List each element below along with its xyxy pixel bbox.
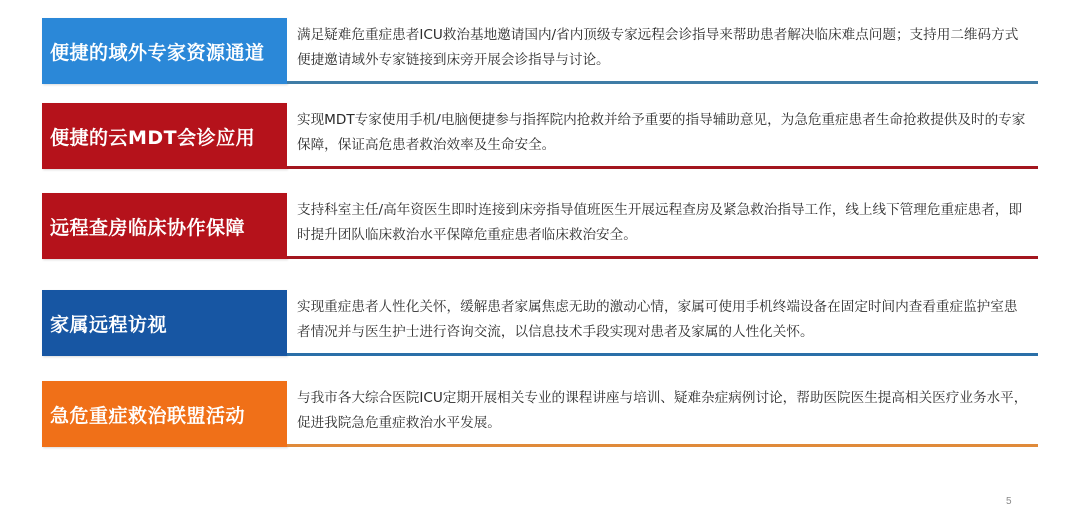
feature-row-remote-expert-channel: 便捷的域外专家资源通道 满足疑难危重症患者ICU救治基地邀请国内/省内顶级专家远… (42, 18, 1038, 84)
feature-title: 便捷的域外专家资源通道 (42, 18, 287, 84)
feature-row-critical-care-alliance: 急危重症救治联盟活动 与我市各大综合医院ICU定期开展相关专业的课程讲座与培训、… (42, 381, 1038, 447)
feature-description: 与我市各大综合医院ICU定期开展相关专业的课程讲座与培训、疑难杂症病例讨论，帮助… (287, 381, 1038, 447)
page-number: 5 (1006, 496, 1012, 507)
feature-title: 急危重症救治联盟活动 (42, 381, 287, 447)
slide: 便捷的域外专家资源通道 满足疑难危重症患者ICU救治基地邀请国内/省内顶级专家远… (0, 0, 1080, 510)
feature-title: 远程查房临床协作保障 (42, 193, 287, 259)
feature-description: 支持科室主任/高年资医生即时连接到床旁指导值班医生开展远程查房及紧急救治指导工作… (287, 193, 1038, 259)
feature-row-family-remote-visit: 家属远程访视 实现重症患者人性化关怀，缓解患者家属焦虑无助的激动心情，家属可使用… (42, 290, 1038, 356)
feature-title: 便捷的云MDT会诊应用 (42, 103, 287, 169)
feature-row-cloud-mdt: 便捷的云MDT会诊应用 实现MDT专家使用手机/电脑便捷参与指挥院内抢救并给予重… (42, 103, 1038, 169)
feature-description: 实现MDT专家使用手机/电脑便捷参与指挥院内抢救并给予重要的指导辅助意见，为急危… (287, 103, 1038, 169)
feature-description: 实现重症患者人性化关怀，缓解患者家属焦虑无助的激动心情，家属可使用手机终端设备在… (287, 290, 1038, 356)
feature-description: 满足疑难危重症患者ICU救治基地邀请国内/省内顶级专家远程会诊指导来帮助患者解决… (287, 18, 1038, 84)
feature-title: 家属远程访视 (42, 290, 287, 356)
feature-row-remote-ward-round: 远程查房临床协作保障 支持科室主任/高年资医生即时连接到床旁指导值班医生开展远程… (42, 193, 1038, 259)
